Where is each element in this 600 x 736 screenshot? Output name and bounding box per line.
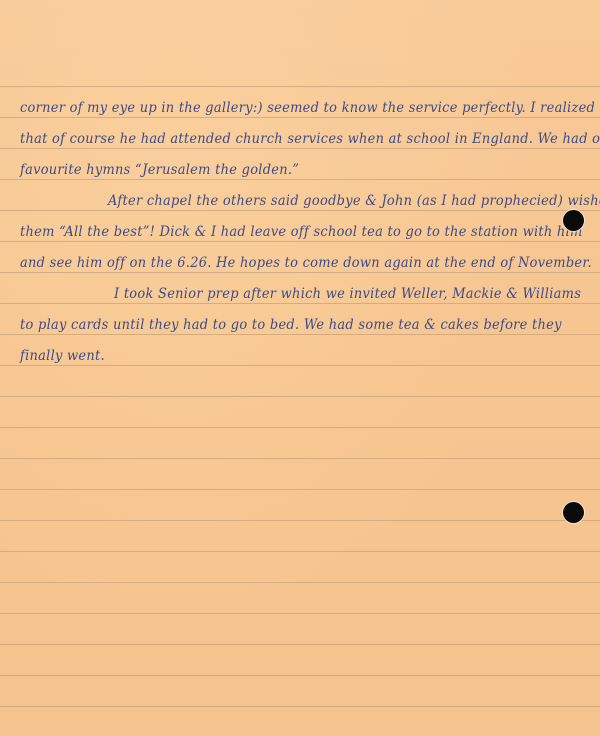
punch-hole-upper: [563, 210, 584, 231]
ruled-line: [0, 644, 600, 645]
ruled-line: [0, 489, 600, 490]
diary-page: corner of my eye up in the gallery:) see…: [0, 0, 600, 736]
punch-hole-lower: [563, 502, 584, 523]
ruled-line: [0, 303, 600, 304]
ruled-line: [0, 458, 600, 459]
ruled-line: [0, 427, 600, 428]
handwritten-line: corner of my eye up in the gallery:) see…: [20, 100, 596, 116]
ruled-line: [0, 148, 600, 149]
handwritten-line: I took Senior prep after which we invite…: [114, 286, 600, 302]
ruled-line: [0, 582, 600, 583]
ruled-line: [0, 613, 600, 614]
ruled-line: [0, 396, 600, 397]
handwritten-line: to play cards until they had to go to be…: [20, 317, 596, 333]
ruled-line: [0, 272, 600, 273]
ruled-line: [0, 365, 600, 366]
ruled-line: [0, 179, 600, 180]
ruled-line: [0, 334, 600, 335]
handwritten-line: finally went.: [20, 348, 596, 364]
ruled-line: [0, 706, 600, 707]
ruled-line: [0, 551, 600, 552]
ruled-line: [0, 675, 600, 676]
handwritten-line: After chapel the others said goodbye & J…: [108, 193, 600, 209]
ruled-line: [0, 520, 600, 521]
handwritten-line: favourite hymns “Jerusalem the golden.”: [20, 162, 596, 178]
handwritten-line: and see him off on the 6.26. He hopes to…: [20, 255, 596, 271]
ruled-line: [0, 117, 600, 118]
handwritten-line: them “All the best”! Dick & I had leave …: [20, 224, 596, 240]
ruled-line: [0, 86, 600, 87]
ruled-line: [0, 210, 600, 211]
handwritten-line: that of course he had attended church se…: [20, 131, 596, 147]
ruled-line: [0, 241, 600, 242]
